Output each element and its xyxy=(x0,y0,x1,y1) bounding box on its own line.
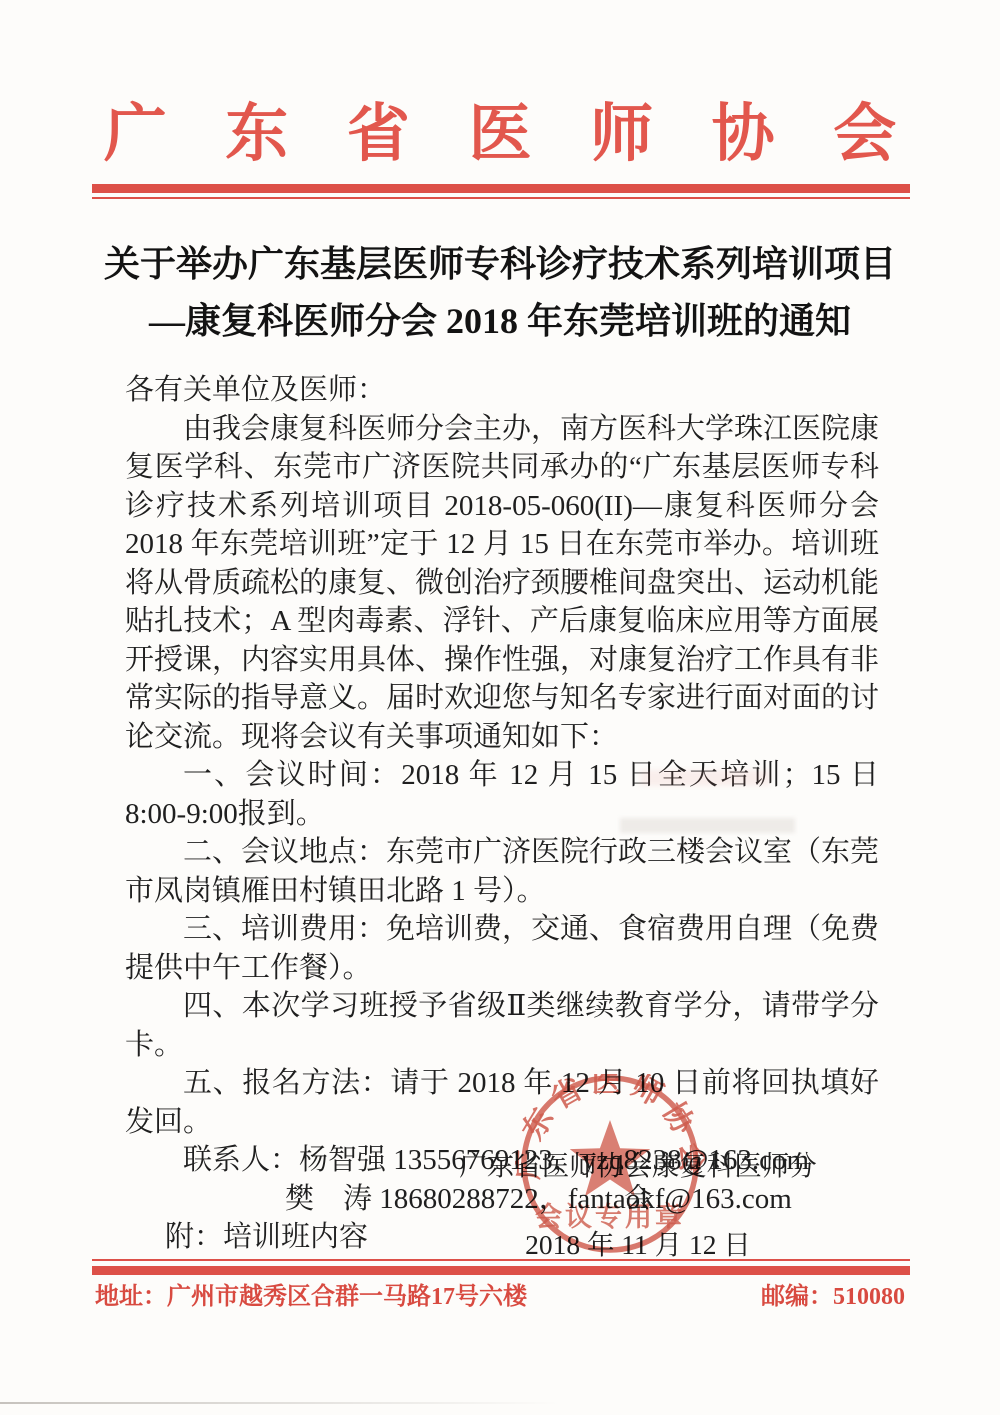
document-title-line2: —康复科医师分会 2018 年东莞培训班的通知 xyxy=(0,293,1000,350)
document-title: 关于举办广东基层医师专科诊疗技术系列培训项目 —康复科医师分会 2018 年东莞… xyxy=(0,236,1000,350)
scan-edge-artifact xyxy=(0,1402,560,1404)
paragraph-item-5-signup: 五、报名方法：请于 2018 年 12 月 10 日前将回执填好发回。 xyxy=(125,1064,879,1141)
footer-postcode: 邮编：510080 xyxy=(761,1283,905,1311)
signature-org: 广东省医师协会康复科医师分会 xyxy=(446,1150,830,1214)
footer-rule-thick xyxy=(92,1266,910,1275)
footer-address: 地址：广州市越秀区合群一马路17号六楼 xyxy=(95,1283,527,1311)
salutation: 各有关单位及医师： xyxy=(125,371,879,410)
signature-date: 2018 年 11 月 12 日 xyxy=(446,1229,830,1261)
paragraph-item-3-fee: 三、培训费用：免培训费，交通、食宿费用自理（免费提供中午工作餐）。 xyxy=(125,910,879,987)
paragraph-item-2-place: 二、会议地点：东莞市广济医院行政三楼会议室（东莞市凤岗镇雁田村镇田北路 1 号）… xyxy=(125,833,879,910)
header-rule-thin xyxy=(92,197,910,199)
footer-rule-thin xyxy=(92,1259,910,1261)
letterhead-org-name: 广 东 省 医 师 协 会 xyxy=(0,94,1000,174)
paragraph-item-1-time: 一、会议时间：2018 年 12 月 15 日全天培训；15 日 8:00-9:… xyxy=(125,756,879,833)
document-title-line1: 关于举办广东基层医师专科诊疗技术系列培训项目 xyxy=(0,236,1000,293)
footer: 地址：广州市越秀区合群一马路17号六楼 邮编：510080 xyxy=(95,1283,905,1311)
signature-block: 广东省医师协会康复科医师分会 2018 年 11 月 12 日 xyxy=(446,1150,830,1261)
document-body: 各有关单位及医师： 由我会康复科医师分会主办，南方医科大学珠江医院康复医学科、东… xyxy=(125,371,879,1257)
header-rule-thick xyxy=(92,184,910,193)
document-page: 广 东 省 医 师 协 会 关于举办广东基层医师专科诊疗技术系列培训项目 —康复… xyxy=(0,0,1000,1415)
paragraph-intro: 由我会康复科医师分会主办，南方医科大学珠江医院康复医学科、东莞市广济医院共同承办… xyxy=(125,410,879,757)
paragraph-item-4-credit: 四、本次学习班授予省级Ⅱ类继续教育学分，请带学分卡。 xyxy=(125,987,879,1064)
